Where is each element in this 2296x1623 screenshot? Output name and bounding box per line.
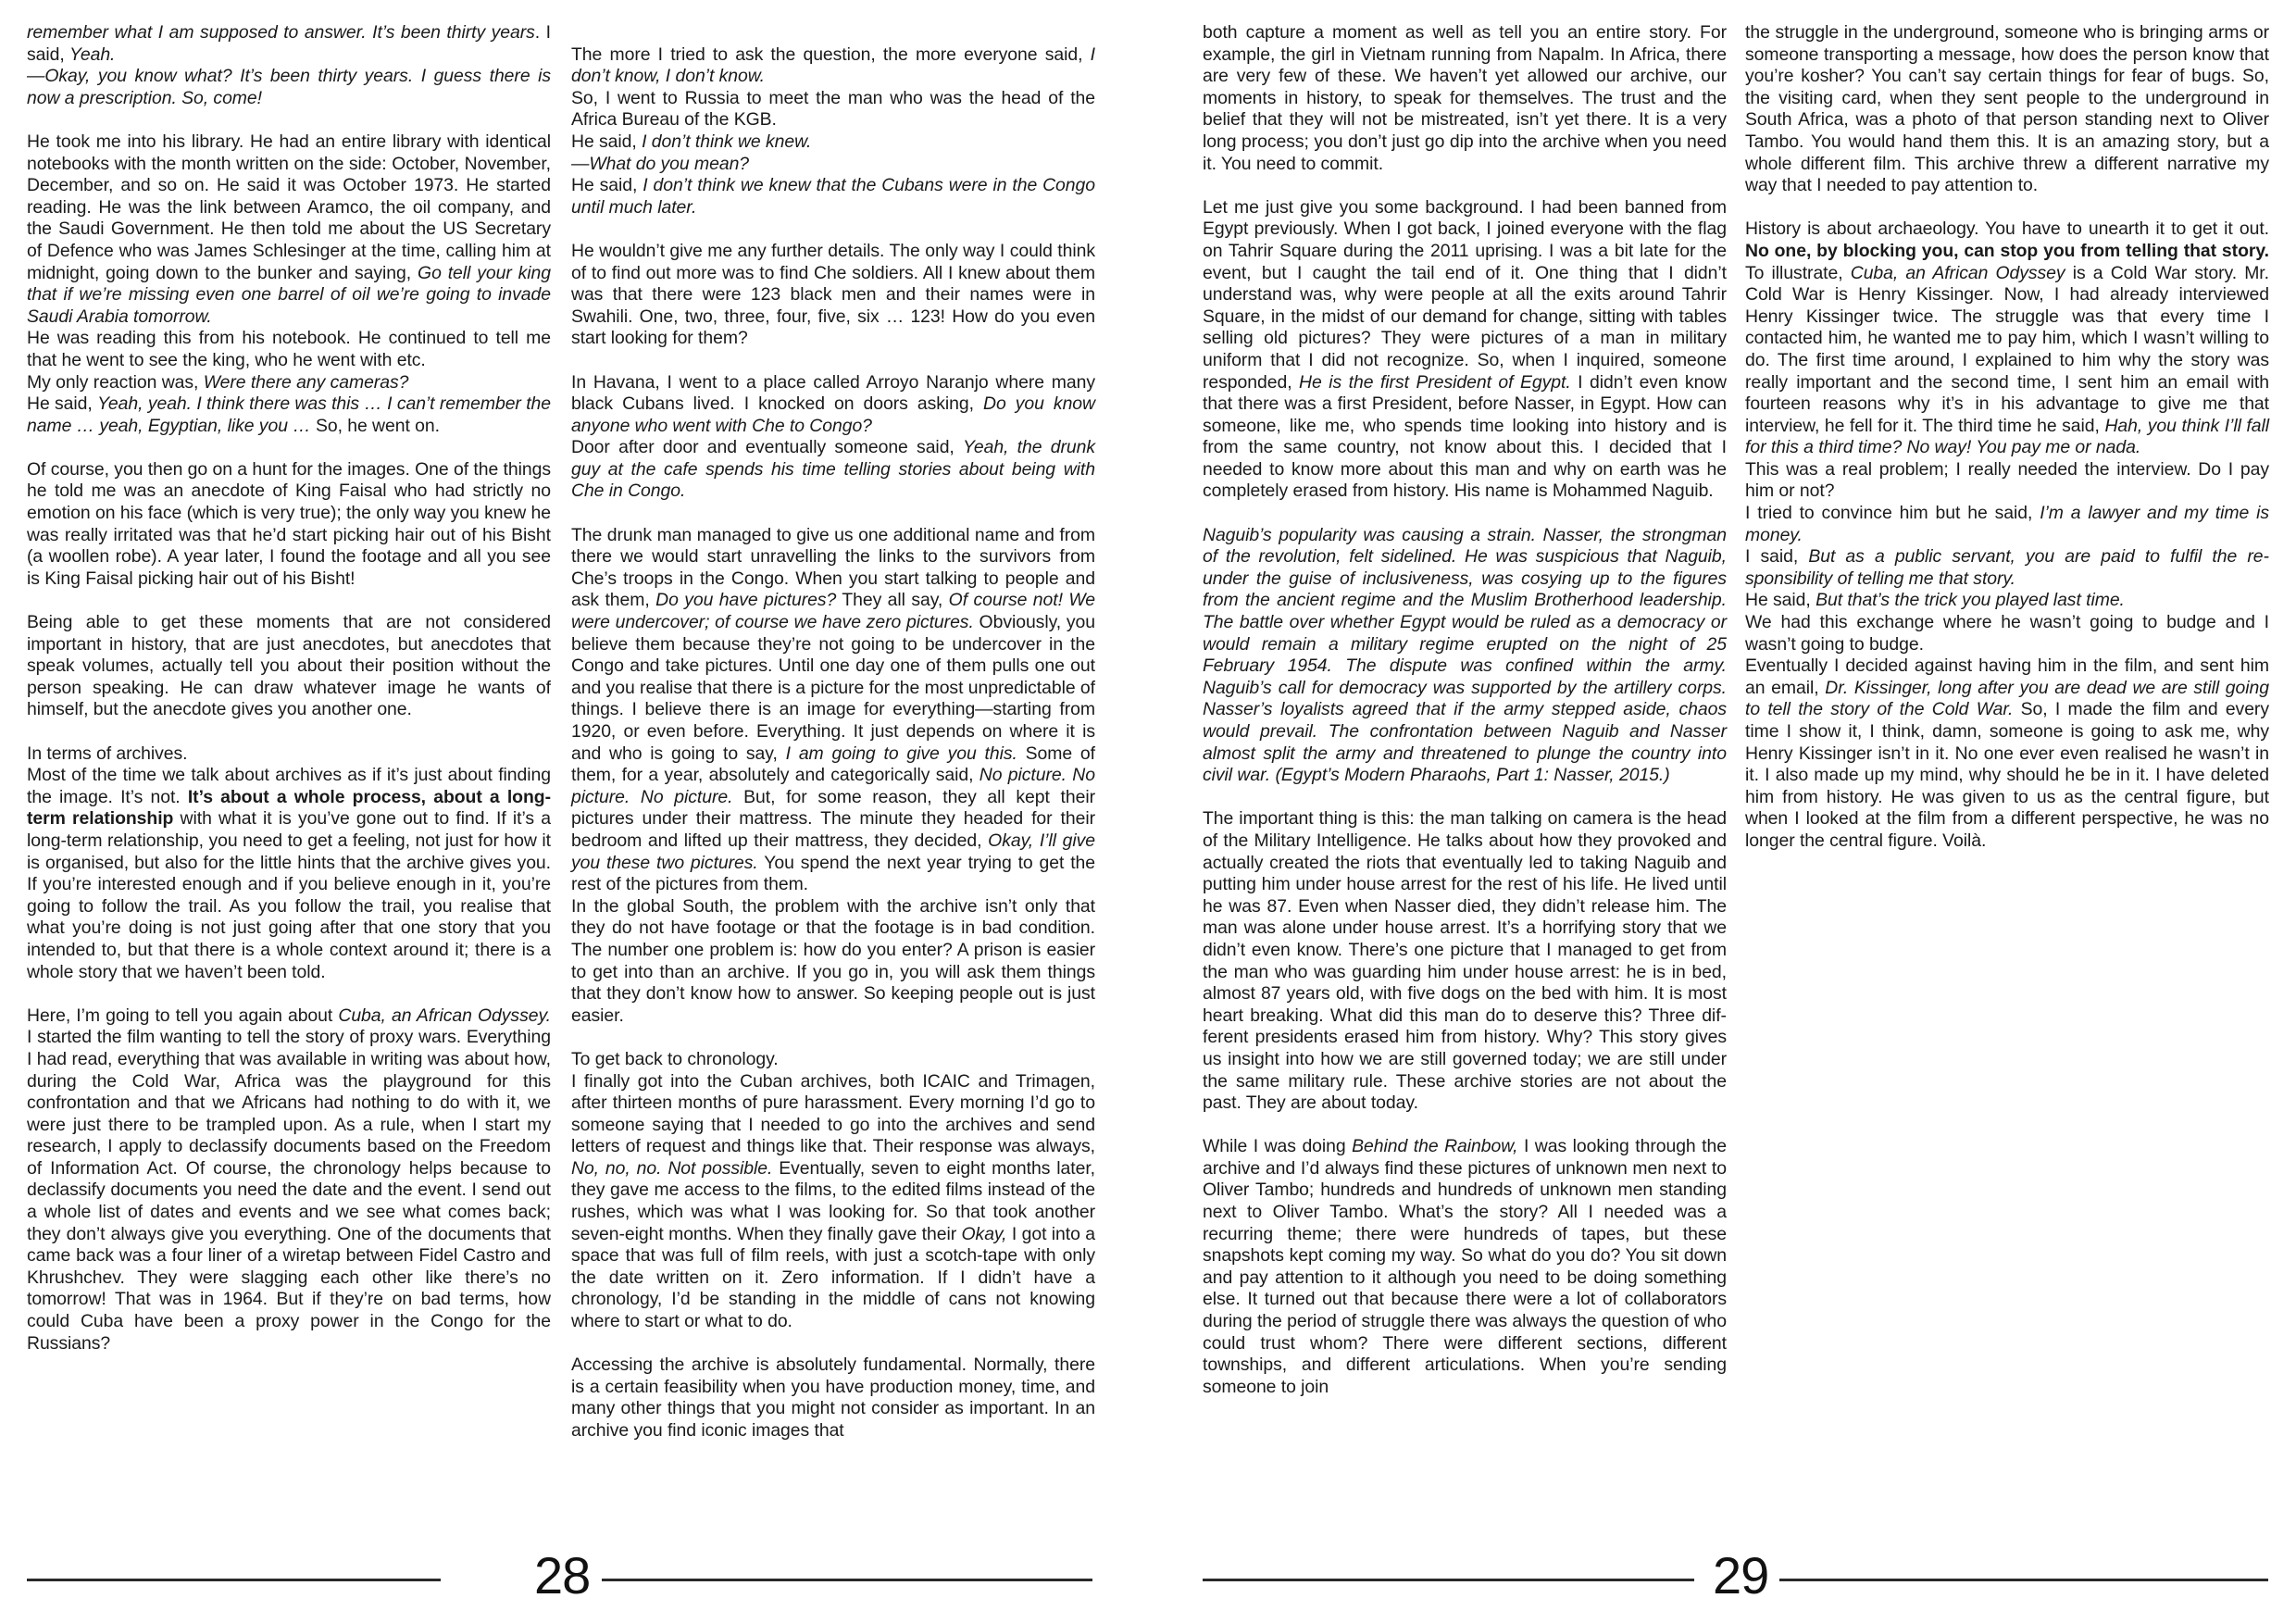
text-column: both capture a moment as well as tell yo… xyxy=(1203,22,1727,1398)
text-column: The more I tried to ask the question, th… xyxy=(571,22,1095,1442)
page-number: 28 xyxy=(534,1548,590,1604)
paragraph: He took me into his library. He had an e… xyxy=(27,131,551,328)
body-text: He took me into his library. He had an e… xyxy=(27,131,551,283)
italic-text: But as a public servant, you are paid to… xyxy=(1745,546,2269,589)
page-number: 29 xyxy=(1713,1548,1768,1604)
italic-text: I don’t think we knew. xyxy=(642,131,811,152)
paragraph: —Okay, you know what? It’s been thirty y… xyxy=(27,66,551,109)
paragraph: Eventually I decided against having him … xyxy=(1745,655,2269,852)
paragraph: He said, I don’t think we knew that the … xyxy=(571,175,1095,218)
italic-text: Yeah, yeah. I think there was this … I c… xyxy=(27,393,551,436)
paragraph: Of course, you then go on a hunt for the… xyxy=(27,459,551,591)
body-text: I was looking through the archive and I’… xyxy=(1203,1136,1727,1397)
body-text: So, I went to Russia to meet the man who… xyxy=(571,88,1095,131)
italic-text: Were there any cameras? xyxy=(204,372,409,393)
body-text: He said, xyxy=(571,175,643,195)
body-text: Of course, you then go on a hunt for the… xyxy=(27,459,551,589)
body-text: I finally got into the Cuban archives, b… xyxy=(571,1071,1095,1157)
paragraph: the struggle in the underground, someone… xyxy=(1745,22,2269,197)
paragraph: Door after door and eventually someone s… xyxy=(571,437,1095,503)
body-text: He was reading this from his notebook. H… xyxy=(27,328,551,370)
body-text: I tried to convince him but he said, xyxy=(1745,503,2040,523)
italic-text: I don’t think we knew that the Cubans we… xyxy=(571,175,1095,218)
paragraph: To get back to chronology. xyxy=(571,1049,1095,1071)
body-text: So, I made the film and every time I sho… xyxy=(1745,699,2269,851)
paragraph: I finally got into the Cuban archives, b… xyxy=(571,1071,1095,1333)
bold-text: No one, by blocking you, can stop you fr… xyxy=(1745,241,2269,261)
italic-text: Cuba, an African Odyssey. xyxy=(338,1005,551,1026)
body-text: History is about archaeology. You have t… xyxy=(1745,218,2269,239)
footer-rule xyxy=(1779,1579,2268,1581)
body-text: The important thing is this: the man tal… xyxy=(1203,808,1727,1113)
body-text: Being able to get these moments that are… xyxy=(27,612,551,719)
body-text: To get back to chronology. xyxy=(571,1049,779,1069)
paragraph: I tried to convince him but he said, I’m… xyxy=(1745,503,2269,546)
body-text: He wouldn’t give me any further details.… xyxy=(571,241,1095,348)
italic-text: He is the first President of Egypt. xyxy=(1299,372,1571,393)
book-spread: remember what I am supposed to answer. I… xyxy=(0,0,2296,1623)
paragraph: Accessing the archive is absolutely fund… xyxy=(571,1355,1095,1442)
body-text: He said, xyxy=(27,393,97,414)
body-text: He said, xyxy=(571,131,642,152)
italic-text: remember what I am supposed to answer. I… xyxy=(27,22,535,43)
body-text: In terms of archives. xyxy=(27,743,188,764)
paragraph: In the global South, the problem with th… xyxy=(571,896,1095,1028)
body-text: I started the film wanting to tell the s… xyxy=(27,1027,551,1353)
footer-rule xyxy=(27,1579,441,1581)
paragraph: Most of the time we talk about archives … xyxy=(27,765,551,983)
paragraph: The more I tried to ask the question, th… xyxy=(571,44,1095,88)
paragraph: He was reading this from his notebook. H… xyxy=(27,328,551,371)
body-text: The more I tried to ask the question, th… xyxy=(571,44,1091,65)
paragraph: Let me just give you some background. I … xyxy=(1203,197,1727,503)
paragraph: —What do you mean? xyxy=(571,154,1095,176)
italic-text: Do you have pictures? xyxy=(655,590,836,610)
body-text: I said, xyxy=(1745,546,1808,567)
body-text: While I was doing xyxy=(1203,1136,1352,1156)
paragraph: Being able to get these moments that are… xyxy=(27,612,551,721)
body-text: Let me just give you some background. I … xyxy=(1203,197,1727,393)
paragraph: In Havana, I went to a place called Arro… xyxy=(571,372,1095,438)
paragraph: This was a real problem; I really needed… xyxy=(1745,459,2269,503)
body-text: To illustrate, xyxy=(1745,263,1851,283)
italic-text: Cuba, an African Odyssey xyxy=(1851,263,2065,283)
body-text: We had this exchange where he wasn’t goi… xyxy=(1745,612,2269,655)
paragraph: Naguib’s popularity was causing a strain… xyxy=(1203,525,1727,787)
body-text: He said, xyxy=(1745,590,1816,610)
paragraph: History is about archaeology. You have t… xyxy=(1745,218,2269,459)
italic-text: Okay, xyxy=(962,1224,1007,1244)
italic-text: I am going to give you this. xyxy=(786,743,1017,764)
body-text: They all say, xyxy=(836,590,948,610)
paragraph: My only reaction was, Were there any cam… xyxy=(27,372,551,394)
paragraph: Here, I’m going to tell you again about … xyxy=(27,1005,551,1355)
paragraph: The important thing is this: the man tal… xyxy=(1203,808,1727,1114)
paragraph: While I was doing Behind the Rainbow, I … xyxy=(1203,1136,1727,1398)
body-text: Accessing the archive is absolutely fund… xyxy=(571,1355,1095,1441)
footer-rule xyxy=(1203,1579,1694,1581)
paragraph: I said, But as a public servant, you are… xyxy=(1745,546,2269,590)
paragraph: remember what I am supposed to answer. I… xyxy=(27,22,551,66)
body-text: In the global South, the problem with th… xyxy=(571,896,1095,1026)
italic-text: Yeah. xyxy=(69,44,115,65)
italic-text: —Okay, you know what? It’s been thirty y… xyxy=(27,66,551,108)
body-text: My only reaction was, xyxy=(27,372,204,393)
paragraph: He wouldn’t give me any further details.… xyxy=(571,241,1095,350)
footer-rule xyxy=(602,1579,1092,1581)
body-text: This was a real problem; I really needed… xyxy=(1745,459,2269,502)
italic-text: But that’s the trick you played last tim… xyxy=(1816,590,2125,610)
body-text: both capture a moment as well as tell yo… xyxy=(1203,22,1727,174)
body-text: So, he went on. xyxy=(311,416,440,436)
italic-text: —What do you mean? xyxy=(571,154,749,174)
italic-text: Naguib’s popularity was causing a strain… xyxy=(1203,525,1727,786)
text-column: the struggle in the underground, someone… xyxy=(1745,22,2269,853)
paragraph: The drunk man managed to give us one add… xyxy=(571,525,1095,896)
paragraph: So, I went to Russia to meet the man who… xyxy=(571,88,1095,131)
italic-text: Behind the Rainbow, xyxy=(1352,1136,1517,1156)
paragraph: He said, I don’t think we knew. xyxy=(571,131,1095,154)
body-text: the struggle in the underground, someone… xyxy=(1745,22,2269,195)
paragraph: He said, But that’s the trick you played… xyxy=(1745,590,2269,612)
body-text: with what it is you’ve gone out to find.… xyxy=(27,808,551,981)
text-column: remember what I am supposed to answer. I… xyxy=(27,22,551,1355)
italic-text: No, no, no. Not possible. xyxy=(571,1158,772,1179)
body-text: is a Cold War story. Mr. Cold War is Hen… xyxy=(1745,263,2269,436)
paragraph: In terms of archives. xyxy=(27,743,551,766)
paragraph: both capture a moment as well as tell yo… xyxy=(1203,22,1727,175)
paragraph: We had this exchange where he wasn’t goi… xyxy=(1745,612,2269,655)
body-text: Door after door and eventually someone s… xyxy=(571,437,963,457)
paragraph: He said, Yeah, yeah. I think there was t… xyxy=(27,393,551,437)
body-text: Here, I’m going to tell you again about xyxy=(27,1005,338,1026)
body-text: Obviously, you believe them because they… xyxy=(571,612,1095,764)
